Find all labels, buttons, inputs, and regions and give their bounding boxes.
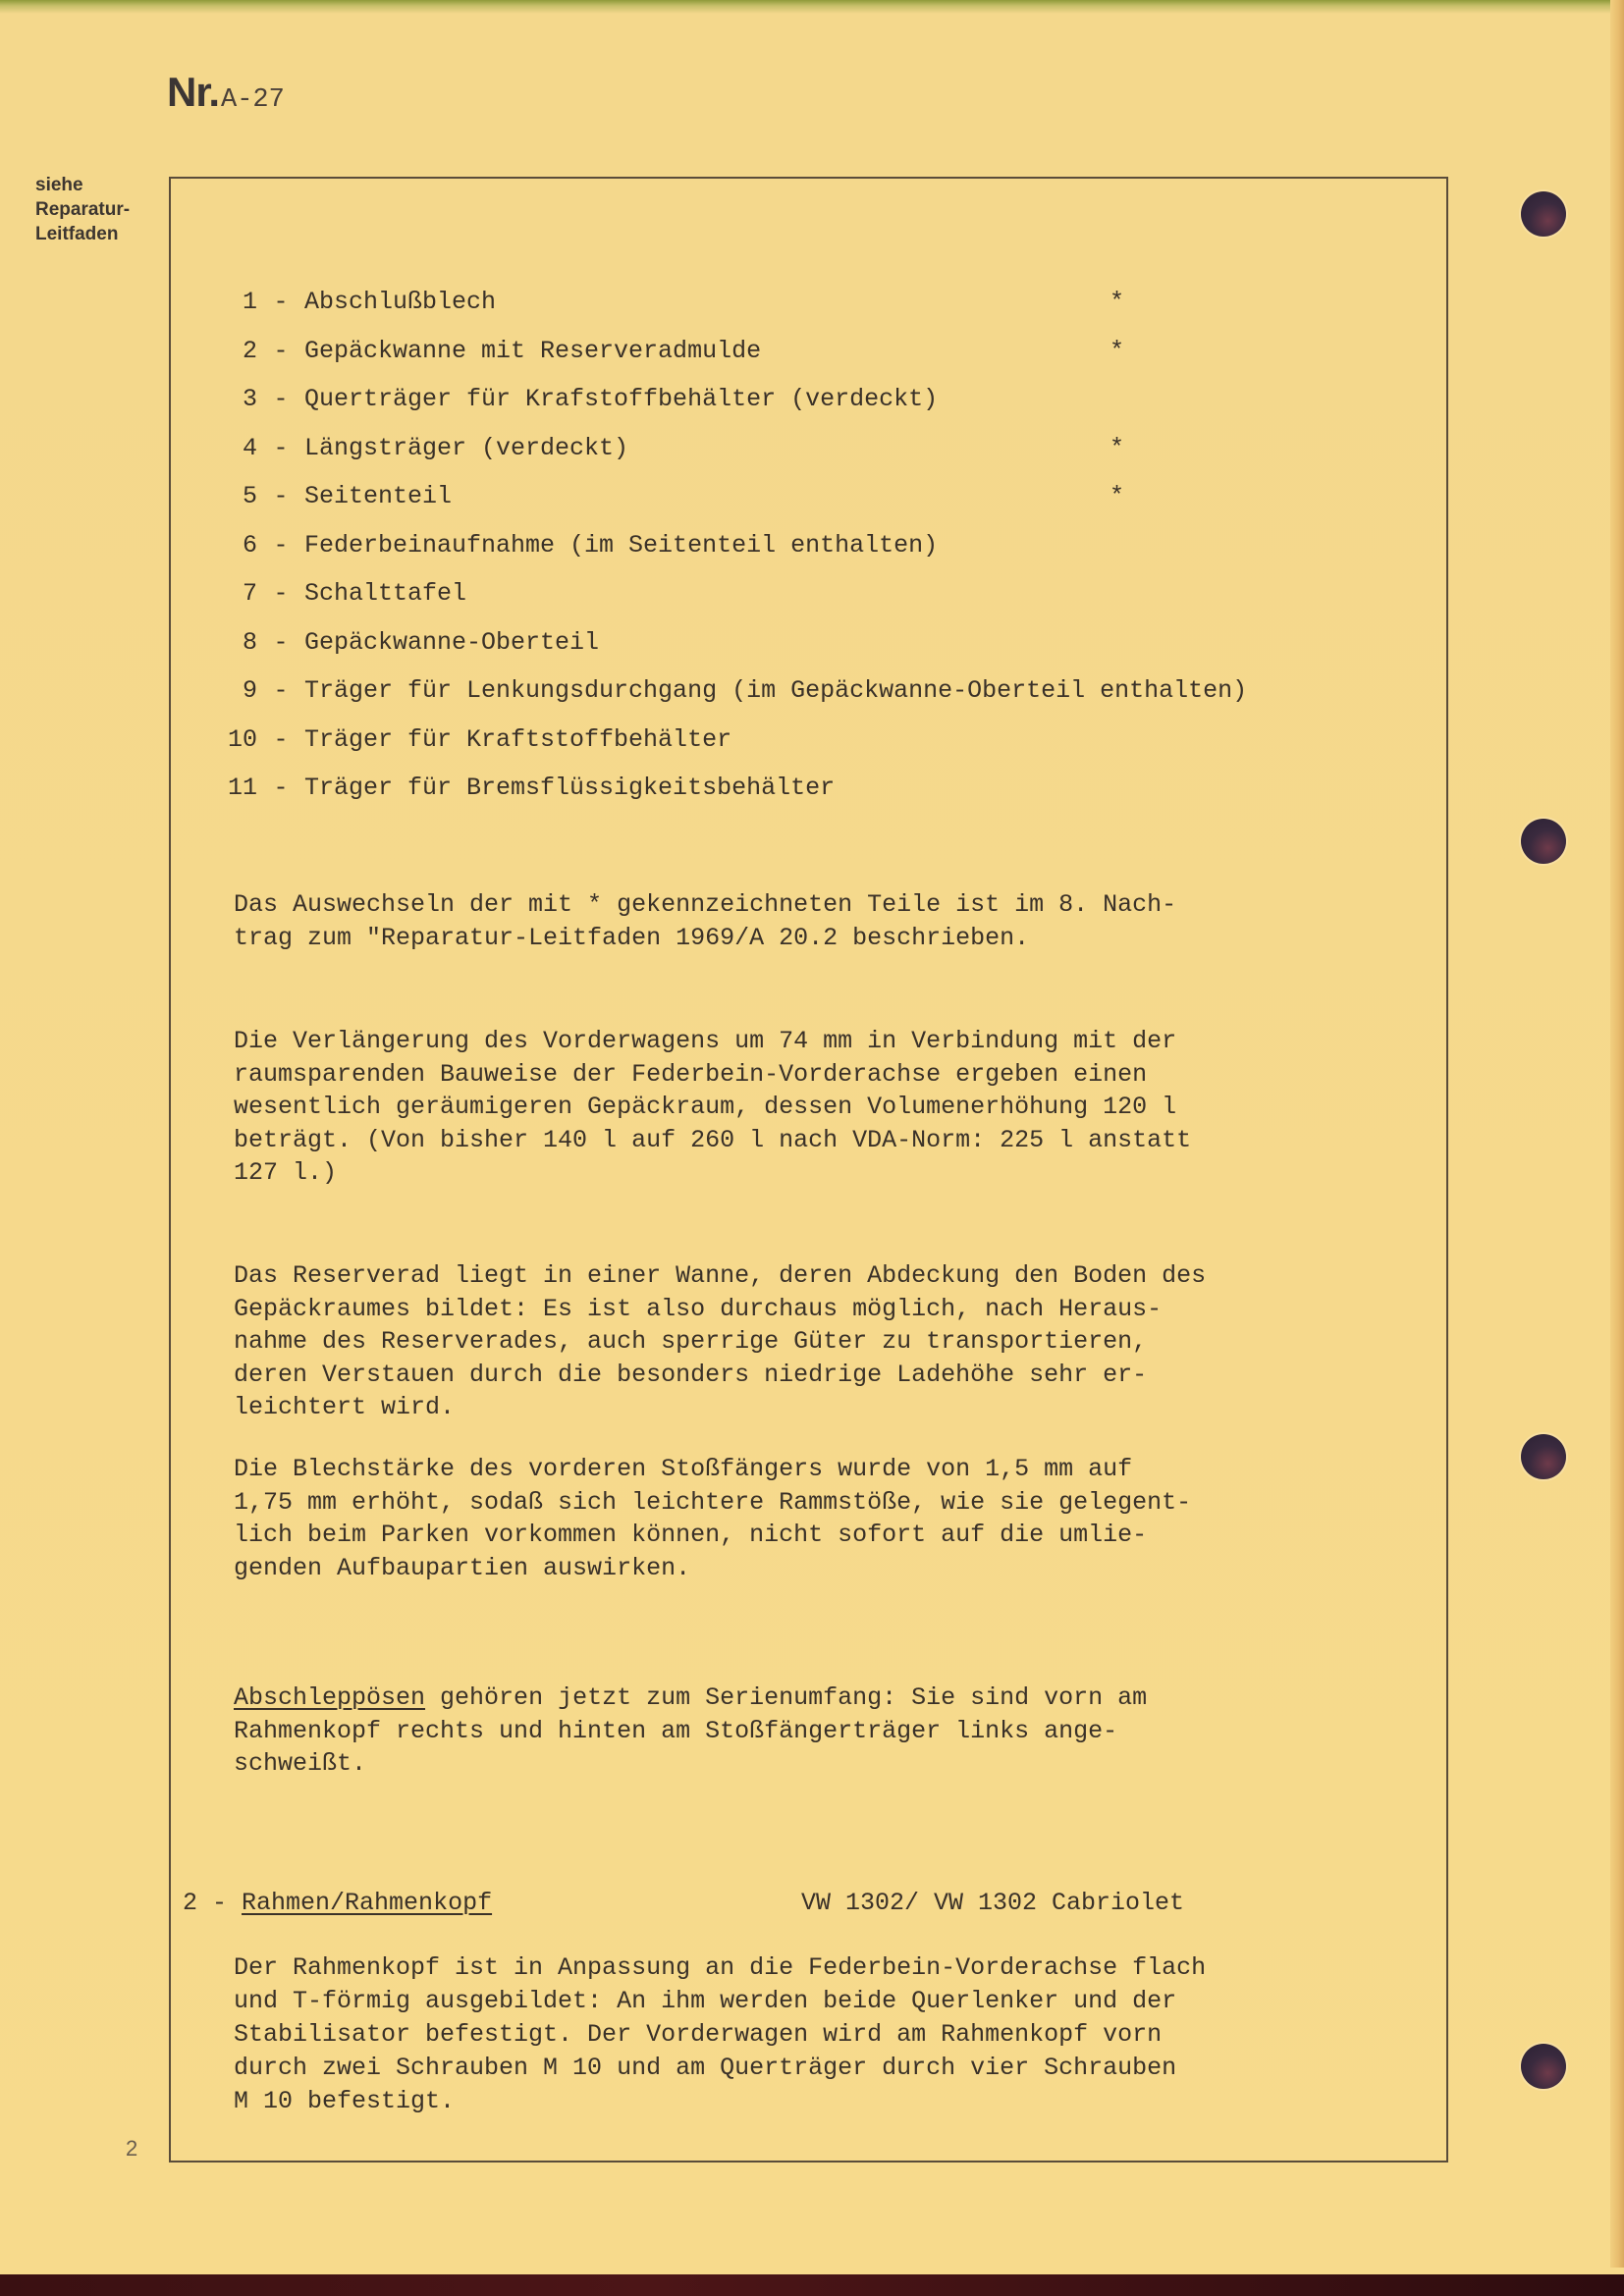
part-name: Träger für Bremsflüssigkeitsbehälter xyxy=(304,764,1110,813)
part-number: 6 xyxy=(206,521,257,570)
part-number: 11 xyxy=(206,764,257,813)
paragraph-exchange-note: Das Auswechseln der mit * gekennzeichnet… xyxy=(234,888,1432,954)
side-note-line: Reparatur- xyxy=(35,197,163,222)
part-list-item: 6-Federbeinaufnahme (im Seitenteil entha… xyxy=(206,521,1443,570)
punch-hole-icon xyxy=(1521,2044,1566,2089)
part-number: 9 xyxy=(206,667,257,716)
part-number: 4 xyxy=(206,424,257,473)
paragraph-front-extension: Die Verlängerung des Vorderwagens um 74 … xyxy=(234,1025,1432,1190)
part-name: Gepäckwanne mit Reserveradmulde xyxy=(304,327,1110,376)
page-number: 2 xyxy=(126,2136,137,2162)
paragraph-spare-wheel: Das Reserverad liegt in einer Wanne, der… xyxy=(234,1259,1432,1424)
part-number: 8 xyxy=(206,618,257,667)
part-list-item: 5-Seitenteil* xyxy=(206,472,1443,521)
part-number: 2 xyxy=(206,327,257,376)
side-note-reference: siehe Reparatur- Leitfaden xyxy=(35,173,163,246)
part-number: 5 xyxy=(206,472,257,521)
part-asterisk-mark xyxy=(1110,375,1149,424)
part-list-item: 7-Schalttafel xyxy=(206,569,1443,618)
part-name: Federbeinaufnahme (im Seitenteil enthalt… xyxy=(304,521,1110,570)
part-name: Abschlußblech xyxy=(304,278,1110,327)
document-number-value: A-27 xyxy=(221,85,285,115)
paragraph-bumper: Die Blechstärke des vorderen Stoßfängers… xyxy=(234,1453,1432,1584)
parts-list: 1-Abschlußblech*2-Gepäckwanne mit Reserv… xyxy=(206,278,1443,813)
part-separator: - xyxy=(257,521,304,570)
paragraph-towing-eyes: Abschleppösen gehören jetzt zum Serienum… xyxy=(234,1682,1432,1781)
part-asterisk-mark: * xyxy=(1110,472,1149,521)
part-name: Gepäckwanne-Oberteil xyxy=(304,618,1110,667)
section-title-group: 2 - Rahmen/Rahmenkopf xyxy=(183,1889,801,1917)
side-note-line: Leitfaden xyxy=(35,222,163,246)
part-list-item: 11-Träger für Bremsflüssigkeitsbehälter xyxy=(206,764,1443,813)
part-number: 1 xyxy=(206,278,257,327)
part-name: Seitenteil xyxy=(304,472,1110,521)
section-models: VW 1302/ VW 1302 Cabriolet xyxy=(801,1889,1184,1917)
section-heading: 2 - Rahmen/Rahmenkopf VW 1302/ VW 1302 C… xyxy=(183,1889,1410,1917)
part-asterisk-mark xyxy=(1110,521,1149,570)
part-separator: - xyxy=(257,424,304,473)
part-name: Schalttafel xyxy=(304,569,1110,618)
document-number-label: Nr. xyxy=(167,69,219,116)
part-list-item: 1-Abschlußblech* xyxy=(206,278,1443,327)
part-separator: - xyxy=(257,472,304,521)
part-asterisk-mark xyxy=(1110,618,1149,667)
part-list-item: 9-Träger für Lenkungsdurchgang (im Gepäc… xyxy=(206,667,1443,716)
part-list-item: 2-Gepäckwanne mit Reserveradmulde* xyxy=(206,327,1443,376)
towing-eyes-term: Abschleppösen xyxy=(234,1683,425,1712)
part-asterisk-mark: * xyxy=(1110,278,1149,327)
part-separator: - xyxy=(257,716,304,765)
part-name: Träger für Kraftstoffbehälter xyxy=(304,716,1110,765)
part-separator: - xyxy=(257,764,304,813)
section-title: Rahmen/Rahmenkopf xyxy=(242,1889,492,1917)
background-surface xyxy=(0,2274,1624,2296)
document-number: Nr. A-27 xyxy=(167,69,285,116)
part-separator: - xyxy=(257,569,304,618)
page-edge xyxy=(1610,0,1624,2268)
part-asterisk-mark: * xyxy=(1110,424,1149,473)
paragraph-frame-head: Der Rahmenkopf ist in Anpassung an die F… xyxy=(234,1951,1432,2118)
part-asterisk-mark xyxy=(1110,764,1149,813)
part-separator: - xyxy=(257,618,304,667)
part-separator: - xyxy=(257,327,304,376)
punch-hole-icon xyxy=(1521,191,1566,237)
part-asterisk-mark xyxy=(1110,569,1149,618)
part-asterisk-mark xyxy=(1110,667,1149,716)
part-separator: - xyxy=(257,278,304,327)
part-asterisk-mark: * xyxy=(1110,327,1149,376)
part-list-item: 4-Längsträger (verdeckt)* xyxy=(206,424,1443,473)
part-number: 10 xyxy=(206,716,257,765)
section-number: 2 xyxy=(183,1889,197,1917)
side-note-line: siehe xyxy=(35,173,163,197)
part-asterisk-mark xyxy=(1110,716,1149,765)
part-name: Querträger für Krafstoffbehälter (verdec… xyxy=(304,375,1110,424)
part-separator: - xyxy=(257,667,304,716)
section-separator: - xyxy=(197,1889,242,1917)
part-list-item: 8-Gepäckwanne-Oberteil xyxy=(206,618,1443,667)
part-name: Träger für Lenkungsdurchgang (im Gepäckw… xyxy=(304,667,1110,716)
part-list-item: 10-Träger für Kraftstoffbehälter xyxy=(206,716,1443,765)
part-number: 3 xyxy=(206,375,257,424)
punch-hole-icon xyxy=(1521,1434,1566,1479)
part-name: Längsträger (verdeckt) xyxy=(304,424,1110,473)
part-separator: - xyxy=(257,375,304,424)
part-list-item: 3-Querträger für Krafstoffbehälter (verd… xyxy=(206,375,1443,424)
part-number: 7 xyxy=(206,569,257,618)
punch-hole-icon xyxy=(1521,819,1566,864)
